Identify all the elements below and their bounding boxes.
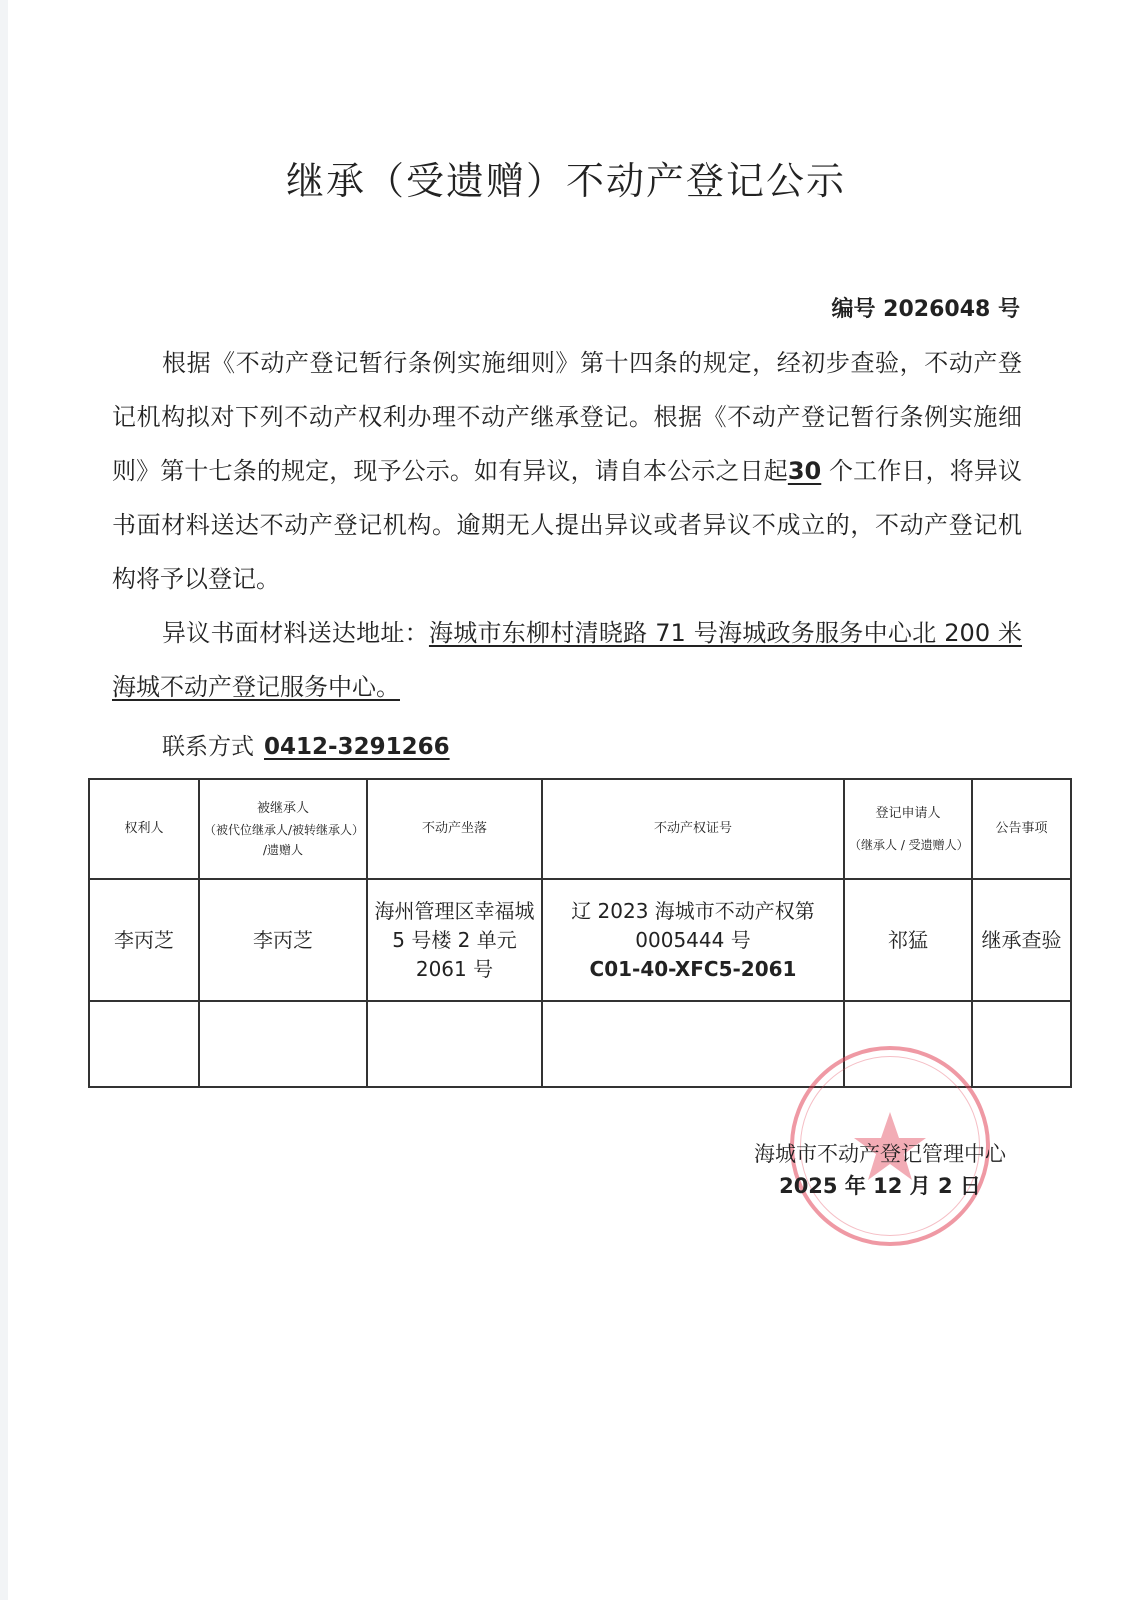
cert-no-line-3: C01-40-XFC5-2061: [547, 955, 839, 984]
header-notice-item: 公告事项: [972, 779, 1071, 879]
empty-cell: [89, 1001, 199, 1087]
scan-edge: [0, 0, 8, 1600]
table-header-row: 权利人 被继承人 （被代位继承人/被转继承人） /遗赠人 不动产坐落 不动产权证…: [89, 779, 1071, 879]
header-applicant-sub: （继承人 / 受遗赠人）: [849, 835, 967, 855]
address-label: 异议书面材料送达地址：: [162, 619, 429, 647]
cell-decedent: 李丙芝: [199, 879, 367, 1001]
contact-phone: 0412-3291266: [264, 734, 450, 760]
contact-line: 联系方式0412-3291266: [162, 728, 450, 761]
document-number: 编号 2026048 号: [832, 292, 1020, 323]
objection-days: 30: [788, 457, 821, 485]
issuing-organization: 海城市不动产登记管理中心: [744, 1138, 1016, 1170]
empty-cell: [367, 1001, 542, 1087]
cell-notice-item: 继承查验: [972, 879, 1071, 1001]
header-holder: 权利人: [89, 779, 199, 879]
header-decedent: 被继承人 （被代位继承人/被转继承人） /遗赠人: [199, 779, 367, 879]
contact-label: 联系方式: [162, 734, 254, 760]
header-decedent-main: 被继承人: [204, 798, 362, 820]
notice-body: 根据《不动产登记暂行条例实施细则》第十四条的规定，经初步查验，不动产登记机构拟对…: [112, 336, 1022, 714]
header-cert-no: 不动产权证号: [542, 779, 844, 879]
cell-cert-no: 辽 2023 海城市不动产权第 0005444 号 C01-40-XFC5-20…: [542, 879, 844, 1001]
issue-date: 2025 年 12 月 2 日: [744, 1170, 1016, 1202]
cell-applicant: 祁猛: [844, 879, 972, 1001]
table-row: 李丙芝 李丙芝 海州管理区幸福城 5 号楼 2 单元 2061 号 辽 2023…: [89, 879, 1071, 1001]
header-decedent-sub: （被代位继承人/被转继承人）: [204, 820, 362, 840]
signoff-block: 海城市不动产登记管理中心 2025 年 12 月 2 日: [744, 1138, 1016, 1202]
cert-no-line-1: 辽 2023 海城市不动产权第: [547, 897, 839, 926]
cell-holder: 李丙芝: [89, 879, 199, 1001]
notice-paragraph-2: 异议书面材料送达地址：海城市东柳村清晓路 71 号海城政务服务中心北 200 米…: [112, 606, 1022, 714]
cert-no-line-2: 0005444 号: [547, 926, 839, 955]
header-decedent-tail: /遗赠人: [204, 840, 362, 860]
empty-cell: [972, 1001, 1071, 1087]
notice-paragraph-1: 根据《不动产登记暂行条例实施细则》第十四条的规定，经初步查验，不动产登记机构拟对…: [112, 336, 1022, 606]
document-title: 继承（受遗赠）不动产登记公示: [0, 150, 1132, 205]
empty-cell: [199, 1001, 367, 1087]
header-applicant: 登记申请人 （继承人 / 受遗赠人）: [844, 779, 972, 879]
cell-location: 海州管理区幸福城 5 号楼 2 单元 2061 号: [367, 879, 542, 1001]
header-applicant-main: 登记申请人: [849, 803, 967, 825]
registration-table: 权利人 被继承人 （被代位继承人/被转继承人） /遗赠人 不动产坐落 不动产权证…: [88, 778, 1072, 1088]
header-location: 不动产坐落: [367, 779, 542, 879]
